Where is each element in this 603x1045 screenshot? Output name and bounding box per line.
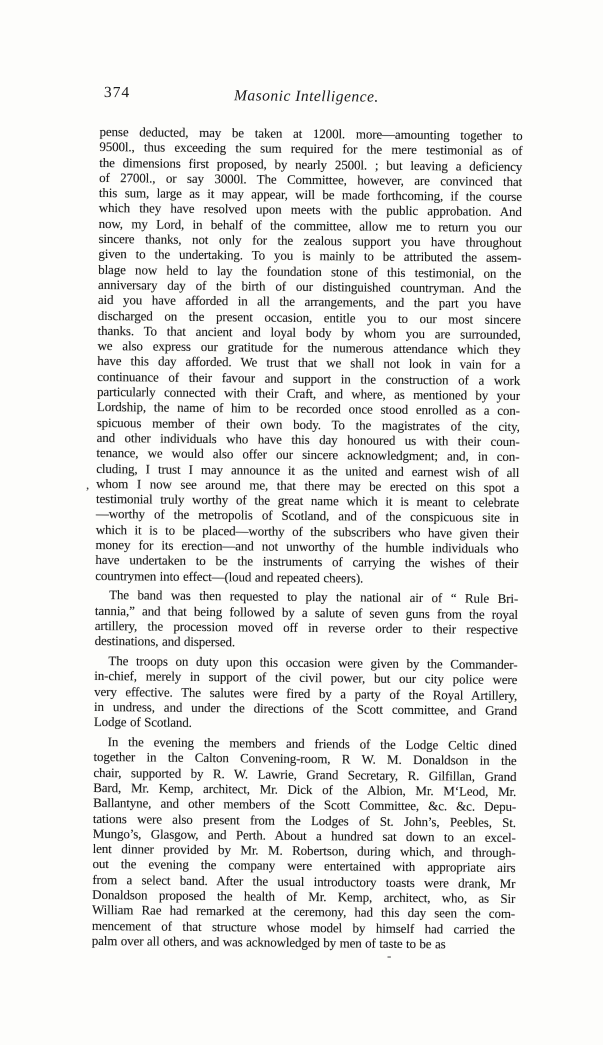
text-block: pense deducted, may be taken at 1200l. m… <box>92 124 523 952</box>
scanned-content: 374 Masonic Intelligence. pense deducted… <box>92 84 523 952</box>
page-title: Masonic Intelligence. <box>100 86 513 108</box>
paragraph: pense deducted, may be taken at 1200l. m… <box>95 124 522 587</box>
document-page: 374 Masonic Intelligence. pense deducted… <box>0 0 603 1045</box>
stray-ink-mark: - <box>387 948 391 964</box>
paragraph: The troops on duty upon this occasion we… <box>94 653 518 734</box>
running-head: 374 Masonic Intelligence. <box>100 84 523 108</box>
paragraph: The band was then requested to play the … <box>95 587 519 652</box>
paragraph: In the evening the members and friends o… <box>92 734 517 952</box>
margin-ink-mark: , <box>86 477 89 493</box>
